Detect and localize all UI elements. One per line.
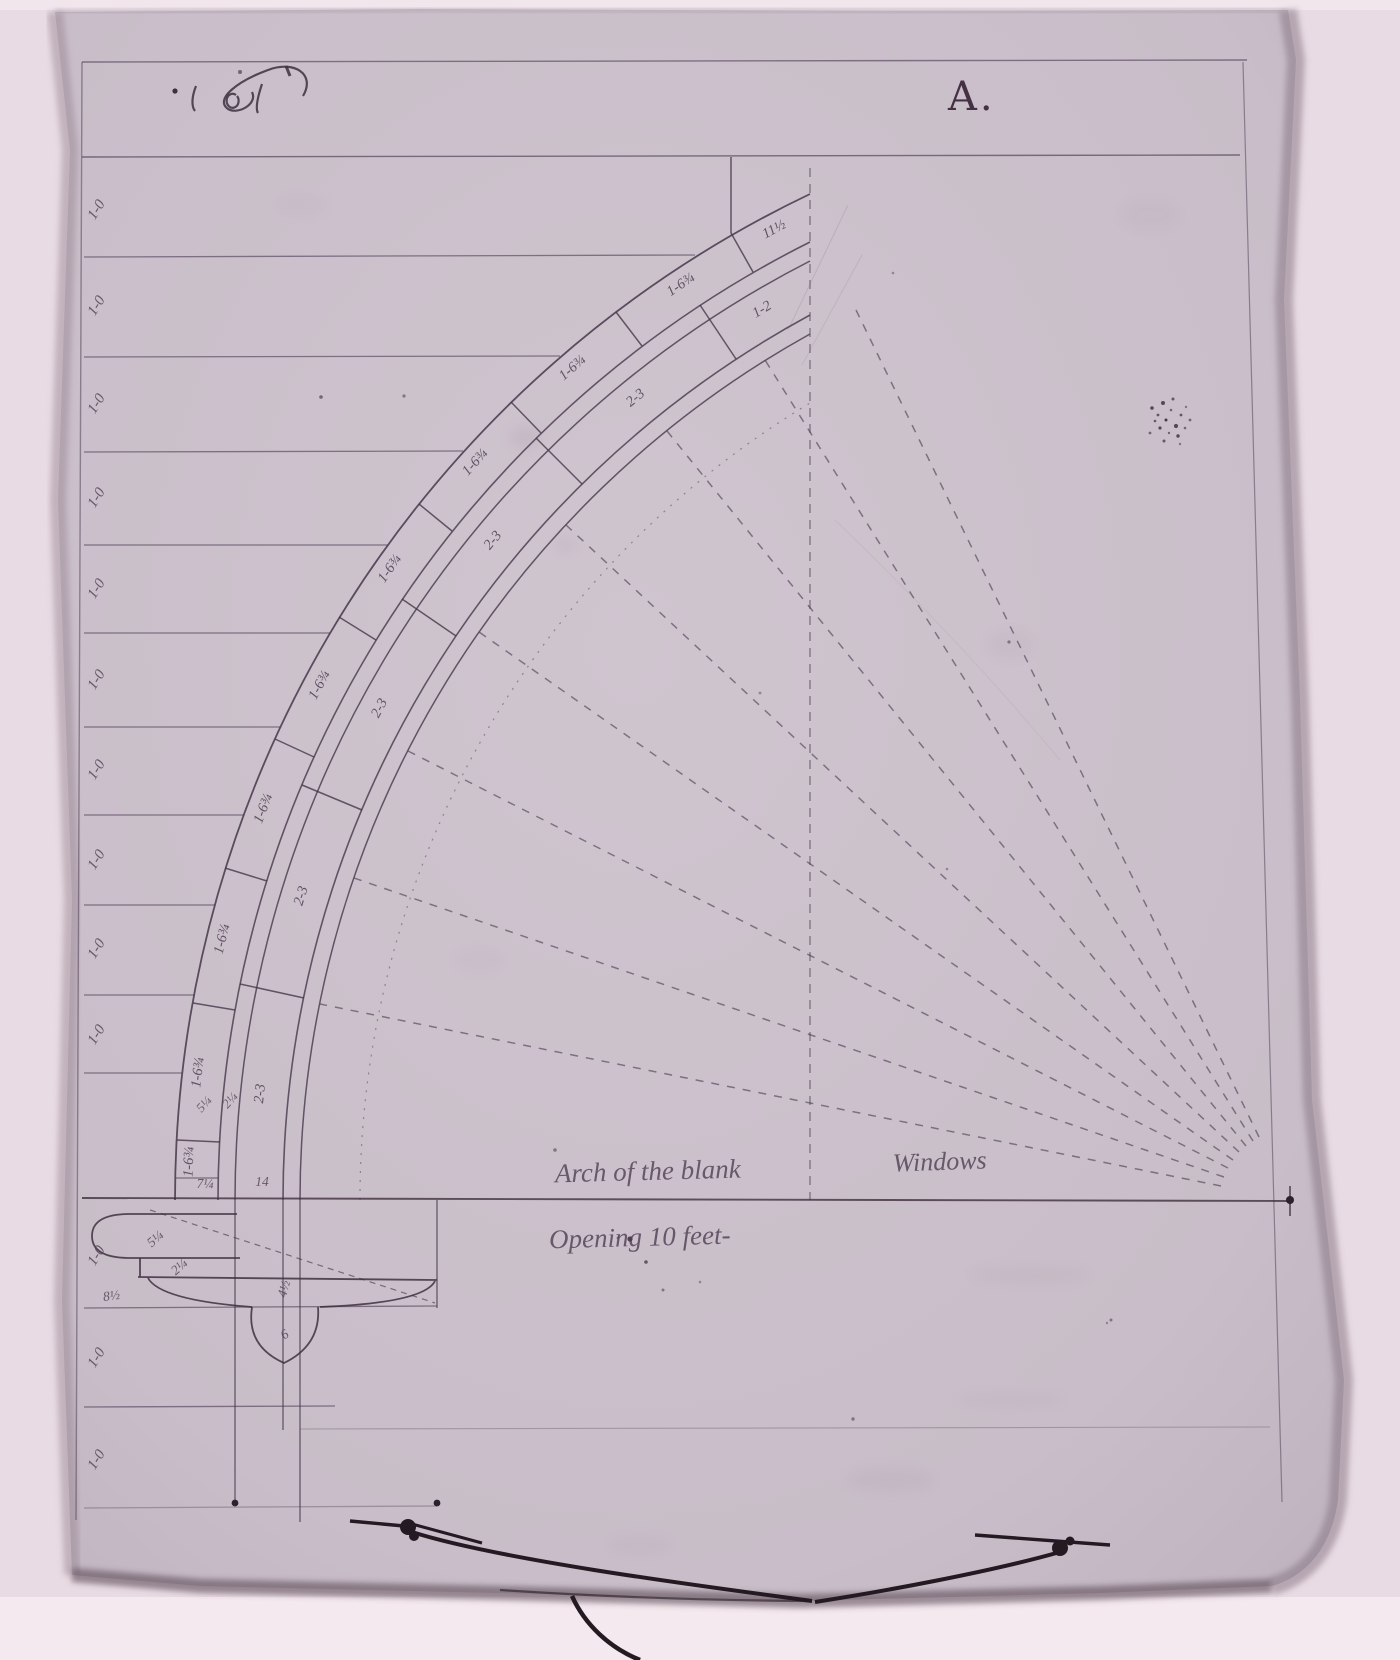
voussoir-label: 2-3 (251, 1083, 269, 1104)
photo-background-bottom (0, 1597, 1400, 1660)
sheet-label: A. (947, 74, 996, 120)
voussoir-label: 1-6¾ (180, 1146, 197, 1177)
drawing-canvas: A. Arch of the blank Windows Opening 10 … (0, 0, 1400, 1660)
photographed-drawing-sheet: A. Arch of the blank Windows Opening 10 … (0, 0, 1400, 1660)
arch-caption-left: Arch of the blank (553, 1154, 742, 1189)
thread-knot-right (1052, 1540, 1068, 1556)
dimension-label: 7¼ (197, 1176, 214, 1191)
dimension-label: 8½ (102, 1287, 121, 1304)
arch-caption-right: Windows (892, 1145, 987, 1177)
opening-caption: Opening 10 feet- (549, 1220, 731, 1255)
dimension-label: 14 (255, 1174, 269, 1189)
